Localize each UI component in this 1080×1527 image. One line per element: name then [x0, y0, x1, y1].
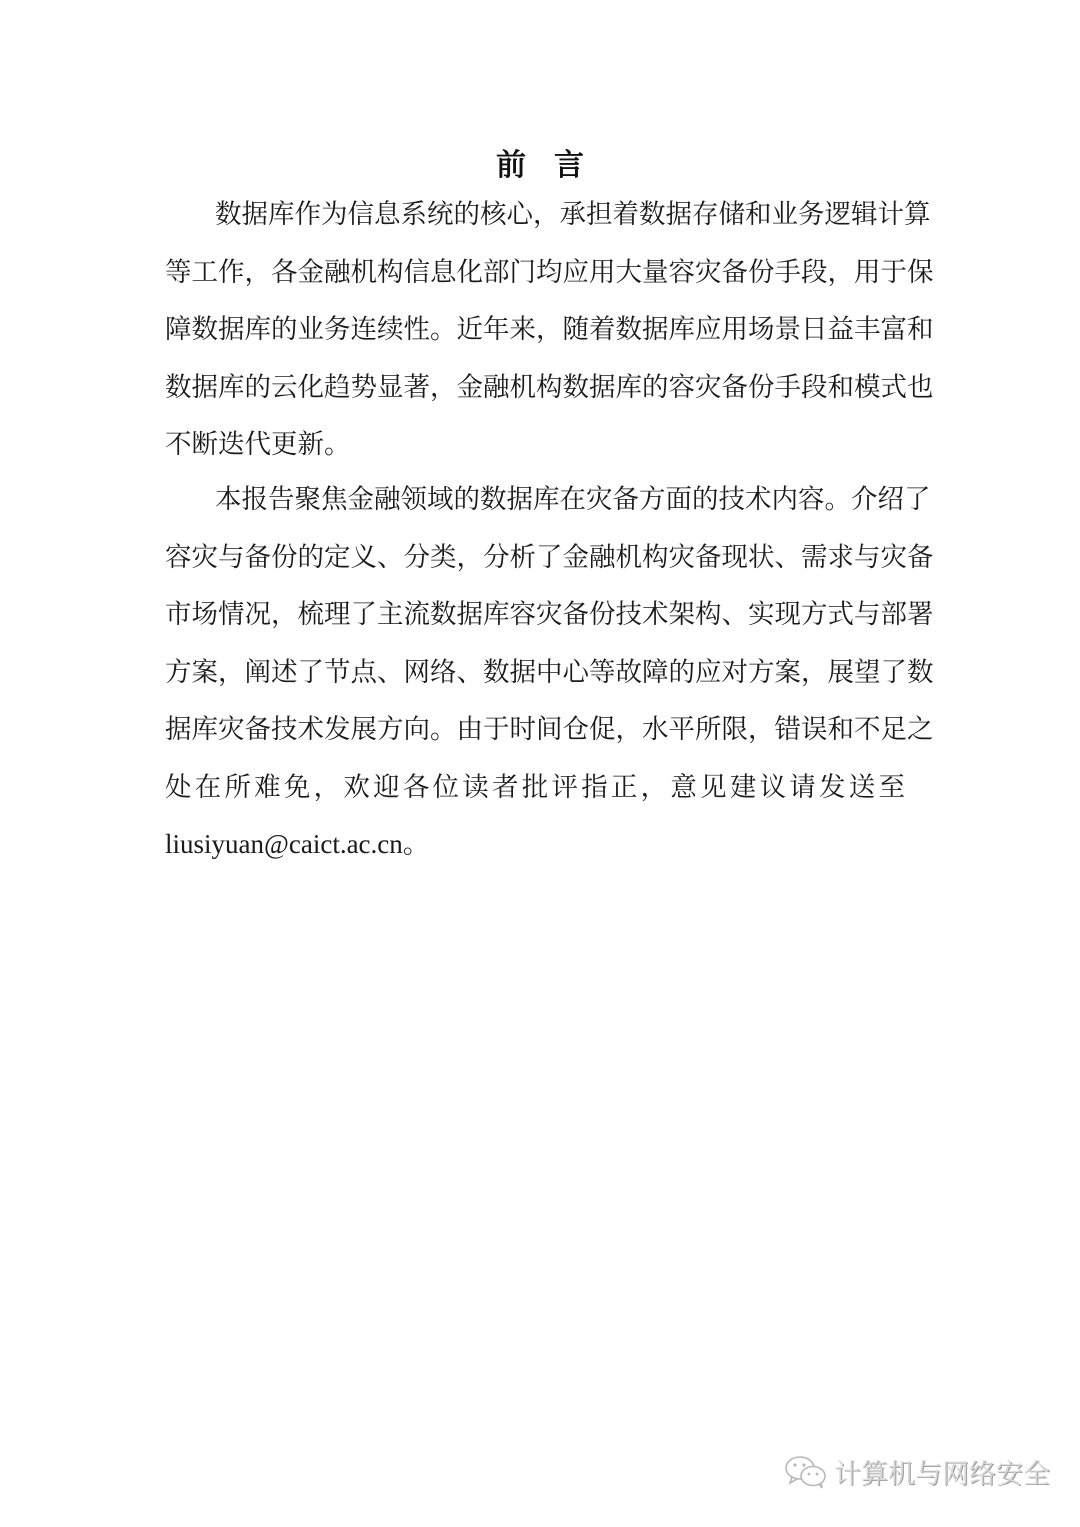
paragraph-line: 据库灾备技术发展方向。由于时间仓促，水平所限，错误和不足之 [165, 701, 905, 759]
paragraph-summary: 本报告聚焦金融领域的数据库在灾备方面的技术内容。介绍了 容灾与备份的定义、分类，… [165, 471, 905, 874]
page-title: 前言 [0, 140, 1080, 184]
paragraph-line: 等工作，各金融机构信息化部门均应用大量容灾备份手段，用于保 [165, 244, 905, 302]
paragraph-line: 处在所难免，欢迎各位读者批评指正，意见建议请发送至 [165, 759, 905, 817]
paragraph-line: 障数据库的业务连续性。近年来，随着数据库应用场景日益丰富和 [165, 301, 905, 359]
paragraph-line: 本报告聚焦金融领域的数据库在灾备方面的技术内容。介绍了 [165, 471, 905, 529]
paragraph-line: 方案，阐述了节点、网络、数据中心等故障的应对方案，展望了数 [165, 644, 905, 702]
watermark-label: 计算机与网络安全 [834, 1452, 1050, 1491]
paragraph-line: 数据库的云化趋势显著，金融机构数据库的容灾备份手段和模式也 [165, 359, 905, 417]
paragraph-line: 容灾与备份的定义、分类，分析了金融机构灾备现状、需求与灾备 [165, 529, 905, 587]
watermark: 计算机与网络安全 [784, 1452, 1050, 1491]
paragraph-intro: 数据库作为信息系统的核心，承担着数据存储和业务逻辑计算 等工作，各金融机构信息化… [165, 186, 905, 474]
paragraph-line: 不断迭代更新。 [165, 416, 905, 474]
document-page: 前言 数据库作为信息系统的核心，承担着数据存储和业务逻辑计算 等工作，各金融机构… [0, 0, 1080, 1527]
paragraph-line: 市场情况，梳理了主流数据库容灾备份技术架构、实现方式与部署 [165, 586, 905, 644]
contact-email: liusiyuan@caict.ac.cn。 [165, 816, 905, 874]
wechat-icon [784, 1454, 828, 1490]
paragraph-line: 数据库作为信息系统的核心，承担着数据存储和业务逻辑计算 [165, 186, 905, 244]
